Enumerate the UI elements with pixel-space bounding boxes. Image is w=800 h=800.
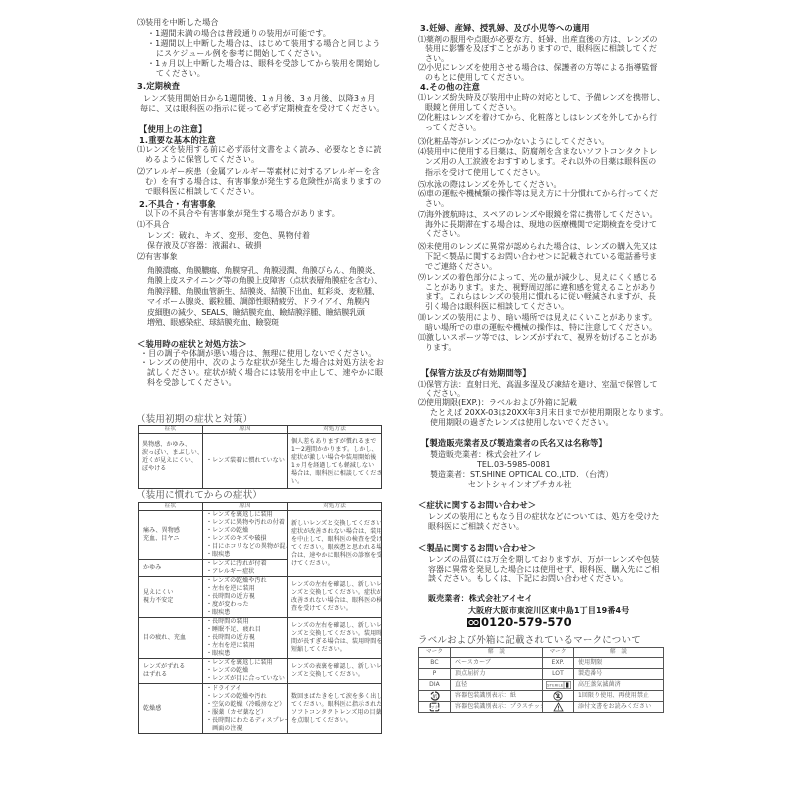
mark-cell: P <box>419 669 451 680</box>
text-line: 改善されない場合は、眼科医の検 <box>291 597 381 605</box>
checkup-body: レンズ装用開始日から1週間後、1ヵ月後、3ヵ月後、以降3ヵ月毎に、又は眼科医の指… <box>140 94 385 114</box>
description-cell: 添付文書をお読みください <box>574 702 664 713</box>
numbered-item: ⑺海外渡航時は、スペアのレンズや眼鏡を常に携帯してください。海外に長期滞在する場… <box>418 210 658 239</box>
column-header-symptom: 症状 <box>139 426 203 434</box>
numbered-item: ⑴薬剤の服用や点眼が必要な方、妊婦、出産直後の方は、レンズの装用に影響を及ぼすこ… <box>418 35 658 63</box>
cause-cell: ・レンズを裏返しに装用・レンズの乾燥・レンズが目に合っていない <box>203 659 288 684</box>
numbered-item: ⑵使用期限(EXP.)：ラベルおよび外箱に記載 <box>418 398 577 408</box>
text-line: ⑴レンズ紛失時及び装用中止時の対応として、予備レンズを携帯し、 <box>418 93 665 103</box>
column-header-mark: マーク <box>419 648 451 658</box>
mark-cell: EXP. <box>543 658 574 669</box>
text-line: を中止して、眼科医の検査を受け <box>291 536 381 544</box>
cause-cell: ・ドライアイ・レンズの乾燥や汚れ・空気の乾燥（冷暖房など）・服薬（カゼ薬など）・… <box>203 684 288 734</box>
text-line: ・長時間の装用 <box>206 618 287 626</box>
distributor-name: 販売業者：株式会社アイセイ <box>428 594 533 604</box>
text-line: 科を受診してください。 <box>140 378 384 388</box>
marketer-name: 製造販売業者：株式会社アイレ <box>430 450 541 460</box>
later-symptoms-table: 症状 原因 対処方法 痛み、異物感充血、目ヤニ ・レンズを裏返しに装用・レンズに… <box>138 502 382 734</box>
text-line: ・眼疾患 <box>206 609 287 617</box>
text-line: ・長時間の近方視 <box>206 593 287 601</box>
text-line: ・度が変わった <box>206 601 287 609</box>
text-line: 引く場合は眼科医に相談してください。 <box>418 302 657 312</box>
numbered-item: ⑷装用中に使用する目薬は、防腐剤を含まないソフトコンタクトレンズ用の人工涙液をお… <box>418 147 657 178</box>
numbered-item: ⑴レンズ紛失時及び装用中止時の対応として、予備レンズを携帯し、眼鏡と併用してくだ… <box>418 93 665 112</box>
symptom-inquiry-body: レンズの装用にともなう目の症状などについては、処方を受けた眼科医にご相談ください… <box>428 512 659 532</box>
text-line: ・レンズ装着に慣れていない <box>206 457 287 465</box>
column-header-cause: 原因 <box>203 426 288 434</box>
text-line: ・レンズのキズや破損 <box>206 535 287 543</box>
text-line: てください。 <box>147 69 380 79</box>
cause-cell: ・レンズに汚れが付着・アレルギー症状 <box>203 560 288 577</box>
storage-heading: 【保管方法及び有効期間等】 <box>421 368 531 378</box>
text-line: 眼鏡と併用してください。 <box>418 103 665 113</box>
description-cell: 頂点屈折力 <box>451 669 543 680</box>
text-line: ります。 <box>418 343 657 353</box>
text-line: 増殖、眼感染症、球結膜充血、瞼裂斑 <box>147 318 382 328</box>
initial-symptoms-table: 症状 原因 対処方法 異物感、かゆみ、涙っぽい、まぶしい、近くが見えにくい、ぼや… <box>138 425 382 489</box>
text-line: で眼科医に相談してください。 <box>137 187 381 197</box>
text-line: ・レンズに異物や汚れの付着 <box>206 519 287 527</box>
text-line: ⑴薬剤の服用や点眼が必要な方、妊婦、出産直後の方は、レンズの <box>418 35 658 44</box>
text-line: レンズがずれる <box>143 663 202 671</box>
text-line: レンズの表裏を確認し、新しいレ <box>291 663 381 671</box>
text-line: ・1週間以上中断した場合は、はじめて装用する場合と同じよう <box>147 39 380 49</box>
product-inquiry-heading: ＜製品に関するお問い合わせ＞ <box>418 543 536 553</box>
text-line: ⑷装用中に使用する目薬は、防腐剤を含まないソフトコンタクトレ <box>418 147 657 157</box>
symptom-cell: 見えにくい視力不安定 <box>139 577 203 618</box>
numbered-item: ⑼レンズの着色部分によって、光の量が減少し、見えにくく感じることがあります。また… <box>418 273 657 312</box>
text-line: ぼやける <box>142 465 202 473</box>
section-heading-adverse-events: 2.不具合・有害事象 <box>139 199 216 209</box>
text-line: でご連絡ください。 <box>418 262 657 272</box>
cause-cell: ・レンズ装着に慣れていない <box>203 434 288 489</box>
text-line: 近くが見えにくい、 <box>142 457 202 465</box>
warning-icon <box>553 702 564 712</box>
symptoms-heading: ＜装用時の症状と対処方法＞ <box>137 339 247 349</box>
table-row: P 頂点屈折力 LOT 製造番号 <box>419 669 664 680</box>
text-line: 保存液及び容器：液漏れ、破損 <box>147 241 310 251</box>
text-line: ・睡眠不足、疲れ目 <box>206 626 287 634</box>
text-line: ・アレルギー症状 <box>206 568 287 576</box>
precautions-heading: 【使用上の注意】 <box>139 124 207 134</box>
text-line: ・1週間未満の場合は普段通りの装用が可能です。 <box>147 29 331 39</box>
mark-cell: DIA <box>419 680 451 691</box>
table-caption-later: （装用に慣れてからの症状） <box>136 490 262 502</box>
interruption-bullet: ・1週間未満の場合は普段通りの装用が可能です。 <box>147 29 331 39</box>
description-cell: 1回限り使用、再使用禁止 <box>574 691 664 702</box>
column-header-description: 解 説 <box>574 648 664 658</box>
numbered-item: ⑵小児にレンズを使用させる場合は、保護者の方等による指導監督のもとに使用してくだ… <box>418 63 658 82</box>
text-line: ・眼疾患 <box>206 650 287 658</box>
text-line: ・レンズを裏返しに装用 <box>206 659 287 667</box>
text-line: ンズ用の人工涙液をおすすめします。それ以外の目薬は眼科医の <box>418 157 657 167</box>
description-cell: 容器包装識別表示：プラスチック <box>451 702 543 713</box>
marks-table: マーク 解 説 マーク 解 説 BC ベースカーブ EXP. 使用期限 P 頂点… <box>418 647 664 713</box>
text-line: 角膜上皮ステイニング等の角膜上皮障害（点状表層角膜症を含む）、 <box>147 276 382 286</box>
text-line: てください。眼科医に指示された <box>291 701 381 709</box>
adverse-events-list: 角膜潰瘍、角膜膿瘍、角膜穿孔、角膜浸潤、角膜びらん、角膜炎、角膜上皮ステイニング… <box>147 266 382 328</box>
description-cell: 高圧蒸気滅菌済 <box>574 680 664 691</box>
maker-name: 製造業者：ST.SHINE OPTICAL CO.,LTD. （台湾） <box>430 470 613 480</box>
text-line: ⑽レンズの装用により、暗い場所では見えにくいことがあります。 <box>418 313 657 323</box>
text-line: 1ヵ月を経過しても軽減しない <box>291 462 381 470</box>
maker-kana: セントシャインオプチカル社 <box>468 480 571 490</box>
free-dial-icon <box>467 618 480 627</box>
table-row: 見えにくい視力不安定 ・レンズの乾燥や汚れ・左右を逆に装用・長時間の近方視・度が… <box>139 577 382 618</box>
table-header-row: 症状 原因 対処方法 <box>139 426 382 434</box>
text-line: ・レンズに汚れが付着 <box>206 560 287 568</box>
text-line: 容器に異常を発見した場合には使用せず、眼科医、購入先にご相 <box>428 565 659 575</box>
table-header-row: マーク 解 説 マーク 解 説 <box>419 648 664 658</box>
text-line: 談ください。もしくは、下記にお問い合わせください。 <box>428 574 659 584</box>
sterile-label: STERILE <box>547 683 564 688</box>
mark-cell: 紙 <box>419 691 451 702</box>
text-line: めるように保管してください。 <box>137 155 382 165</box>
description-cell: ベースカーブ <box>451 658 543 669</box>
text-line: ・左右を逆に装用 <box>206 642 287 650</box>
table-row: DIA 直径 STERILE 高圧蒸気滅菌済 <box>419 680 664 691</box>
numbered-item: ⑵アレルギー疾患（金属アレルギー等素材に対するアレルギーを含む）を有する場合は、… <box>137 167 381 197</box>
text-line: ⑼レンズの着色部分によって、光の量が減少し、見えにくく感じる <box>418 273 657 283</box>
text-line: 見えにくい <box>143 589 202 597</box>
text-line: 暗い場所での車の運転や機械の操作は、特に注意してください。 <box>418 323 657 333</box>
description-cell: 使用期限 <box>574 658 664 669</box>
text-line: ことがあります。また、視野周辺部に違和感を覚えることがあり <box>418 283 657 293</box>
table-row: プラ 容器包装識別表示：プラスチック 添付文書をお読みください <box>419 702 664 713</box>
text-line: 個人差もありますが慣れるまで <box>291 438 381 446</box>
remedy-cell: レンズの表裏を確認し、新しいレンズと交換してください。 <box>288 659 382 684</box>
mark-cell: LOT <box>543 669 574 680</box>
mark-cell <box>543 702 574 713</box>
text-line: 装用に影響を及ぼすことがありますので、眼科医に相談してくだ <box>418 44 658 53</box>
text-line: 異物感、かゆみ、 <box>142 441 202 449</box>
text-line: ・レンズが目に合っていない <box>206 675 287 683</box>
text-line: ・長時間にわたるディスプレー <box>206 717 287 725</box>
text-line: ・空気の乾燥（冷暖房など） <box>206 701 287 709</box>
text-line: はずれる <box>143 671 202 679</box>
text-line: ・目にホコリなどの異物が混入 <box>206 543 287 551</box>
text-line: 1～2週間かかります。しかし、 <box>291 446 381 454</box>
text-line: ⑵小児にレンズを使用させる場合は、保護者の方等による指導監督 <box>418 63 658 73</box>
numbered-item: ⑾激しいスポーツ等では、レンズがずれて、視界を妨げることがあります。 <box>418 333 657 353</box>
mark-cell: プラ <box>419 702 451 713</box>
symptoms-bullet: ・レンズの使用中、次のような症状が発生した場合は対処方法をお試しください。症状が… <box>140 358 384 388</box>
marks-table-caption: ラベルおよび外箱に記載されているマークについて <box>418 635 641 647</box>
phone-number: 0120-579-570 <box>481 615 572 629</box>
column-header-remedy: 対処方法 <box>288 426 382 434</box>
text-line: たとえば 20XX-03は20XX年3月末日までが使用期限となります。 <box>430 408 668 418</box>
paper-label: 紙 <box>432 693 437 700</box>
text-line: 合は、速やかに眼科医の診察を受 <box>291 552 381 560</box>
text-line: ⑻未使用のレンズに異常が認められた場合は、レンズの購入先又は <box>418 242 657 252</box>
text-line: ください。 <box>418 229 658 239</box>
text-line: ・レンズの使用中、次のような症状が発生した場合は対処方法をお <box>140 358 384 368</box>
text-line: ⑶化粧品等がレンズにつかないようにしてください。 <box>418 137 609 147</box>
symptom-cell: 異物感、かゆみ、涙っぽい、まぶしい、近くが見えにくい、ぼやける <box>139 434 203 489</box>
symptom-cell: 乾燥感 <box>139 684 203 734</box>
table-row: レンズがずれるはずれる ・レンズを裏返しに装用・レンズの乾燥・レンズが目に合って… <box>139 659 382 684</box>
text-line: ・服薬（カゼ薬など） <box>206 709 287 717</box>
numbered-item: ⑴保管方法：直射日光、高温多湿及び凍結を避け、室温で保管してください。 <box>418 380 658 398</box>
text-line: 間が長すぎる場合は、装用時間を <box>291 638 381 646</box>
text-line: 査を受けてください。 <box>291 605 381 613</box>
text-line: 乾燥感 <box>143 705 202 713</box>
cause-cell: ・レンズの乾燥や汚れ・左右を逆に装用・長時間の近方視・度が変わった・眼疾患 <box>203 577 288 618</box>
numbered-item: ⑻未使用のレンズに異常が認められた場合は、レンズの購入先又は下記＜製品に関するお… <box>418 242 657 272</box>
text-line: ・1ヵ月以上中断した場合は、眼科を受診してから装用を開始し <box>147 59 380 69</box>
text-line: ⑵化粧はレンズを着けてから、化粧落としはレンズを外してから行 <box>418 113 657 123</box>
symptom-cell: 目の疲れ、充血 <box>139 618 203 659</box>
table-row: 目の疲れ、充血 ・長時間の装用・睡眠不足、疲れ目・長時間の近方視・左右を逆に装用… <box>139 618 382 659</box>
text-line: レンズの装用にともなう目の症状などについては、処方を受けた <box>428 512 659 522</box>
numbered-item: ⑽レンズの装用により、暗い場所では見えにくいことがあります。暗い場所での車の運転… <box>418 313 657 333</box>
symptom-inquiry-heading: ＜症状に関するお問い合わせ＞ <box>418 500 536 510</box>
section-heading-other: 4.その他の注意 <box>420 82 480 92</box>
remedy-cell: 個人差もありますが慣れるまで1～2週間かかります。しかし、症状が激しい場合や装用… <box>288 434 382 489</box>
text-line: ⑺海外渡航時は、スペアのレンズや眼鏡を常に携帯してください。 <box>418 210 658 220</box>
interruption-title: ⑶装用を中断した場合 <box>137 18 219 28</box>
mark-cell: STERILE <box>543 680 574 691</box>
text-line: ・長時間の近方視 <box>206 634 287 642</box>
text-line: 新しいレンズと交換してください。 <box>291 520 381 528</box>
text-line: レンズの品質には万全を期しておりますが、万が一レンズや包装 <box>428 555 659 565</box>
description-cell: 直径 <box>451 680 543 691</box>
text-line: ・ドライアイ <box>206 685 287 693</box>
table-row: 紙 容器包装識別表示：紙 2 1回限り使用、再使用禁止 <box>419 691 664 702</box>
text-line: 数回まばたきをして涙を多く出し <box>291 693 381 701</box>
column-header-remedy: 対処方法 <box>288 503 382 511</box>
text-line: 眼科医にご相談ください。 <box>428 522 659 532</box>
do-not-reuse-icon: 2 <box>553 691 563 701</box>
numbered-item: ⑴レンズを装用する前に必ず添付文書をよく読み、必要なときに読めるように保管してく… <box>137 145 382 165</box>
symptom-cell: レンズがずれるはずれる <box>139 659 203 684</box>
text-line: ンズと交換してください。症状が <box>291 589 381 597</box>
section-heading-basic-precautions: 1.重要な基本的注意 <box>139 135 216 145</box>
section-heading-pregnancy: 3.妊婦、産婦、授乳婦、及び小児等への適用 <box>420 23 590 33</box>
text-line: かゆみ <box>143 564 202 572</box>
text-line: にスケジュール例を参考に開始してください。 <box>147 49 380 59</box>
text-line: 指示を受けて使用してください。 <box>418 168 657 178</box>
text-line: 試しください。症状が続く場合には装用を中止して、速やかに眼 <box>140 368 384 378</box>
text-line: い。 <box>291 478 381 486</box>
text-line: 下記＜製品に関するお問い合わせ＞に記載されている電話番号ま <box>418 252 657 262</box>
expiry-detail: たとえば 20XX-03は20XX年3月末日までが使用期限となります。使用期限の… <box>430 408 668 428</box>
text-line: ⑹車の運転や機械類の操作等は見え方に十分慣れてから行ってくだ <box>418 189 658 199</box>
text-line: 視力不安定 <box>143 597 202 605</box>
description-cell: 製造番号 <box>574 669 664 680</box>
text-line: ます。これらはレンズの装用に慣れるに従い軽減されますが、長 <box>418 292 657 302</box>
text-line: ⑴レンズを装用する前に必ず添付文書をよく読み、必要なときに読 <box>137 145 382 155</box>
text-line: ンズと交換してください。装用時 <box>291 630 381 638</box>
table-row: 痛み、異物感充血、目ヤニ ・レンズを裏返しに装用・レンズに異物や汚れの付着・レン… <box>139 511 382 560</box>
table-row: 異物感、かゆみ、涙っぽい、まぶしい、近くが見えにくい、ぼやける ・レンズ装着に慣… <box>139 434 382 489</box>
text-line: ・レンズの乾燥や汚れ <box>206 577 287 585</box>
text-line: 短縮してください。 <box>291 646 381 654</box>
product-inquiry-body: レンズの品質には万全を期しておりますが、万が一レンズや包装容器に異常を発見した場… <box>428 555 659 584</box>
mark-cell: BC <box>419 658 451 669</box>
text-line: ってください。 <box>418 123 657 133</box>
numbered-item: ⑵化粧はレンズを着けてから、化粧落としはレンズを外してから行ってください。 <box>418 113 657 133</box>
manufacturer-heading: 【製造販売業者及び製造業者の氏名又は名称等】 <box>421 438 607 448</box>
text-line: 痛み、異物感 <box>143 527 202 535</box>
text-line: てください。眼疾患と思われる場 <box>291 544 381 552</box>
text-line: 場合は、眼科医に相談してくださ <box>291 470 381 478</box>
distributor-phone: 0120-579-570 <box>467 615 572 629</box>
text-line: レンズ：破れ、キズ、変形、変色、異物付着 <box>147 231 310 241</box>
text-line: 毎に、又は眼科医の指示に従って必ず定期検査を受けてください。 <box>140 104 385 114</box>
cause-cell: ・レンズを裏返しに装用・レンズに異物や汚れの付着・レンズの乾燥・レンズのキズや破… <box>203 511 288 560</box>
text-line: ・レンズを裏返しに装用 <box>206 511 287 519</box>
text-line: 充血、目ヤニ <box>143 535 202 543</box>
remedy-cell: レンズの左右を確認し、新しいレンズと交換してください。装用時間が長すぎる場合は、… <box>288 618 382 659</box>
text-line: さい。 <box>418 199 658 209</box>
text-line: ンズと交換してください。 <box>291 671 381 679</box>
table-row: BC ベースカーブ EXP. 使用期限 <box>419 658 664 669</box>
text-line: む）を有する場合は、有害事象が発生する危険性が高まりますの <box>137 177 381 187</box>
text-line: 海外に長期滞在する場合は、現地の医療機関で定期検査を受けて <box>418 220 658 230</box>
text-line: 症状が改善されない場合は、装用 <box>291 528 381 536</box>
text-line: 涙っぽい、まぶしい、 <box>142 449 202 457</box>
text-line: のもとに使用してください。 <box>418 73 658 83</box>
text-line: 症状が激しい場合や装用開始後 <box>291 454 381 462</box>
interruption-bullet: ・1週間以上中断した場合は、はじめて装用する場合と同じようにスケジュール例を参考… <box>147 39 380 59</box>
text-line: ⑴保管方法：直射日光、高温多湿及び凍結を避け、室温で保管して <box>418 380 658 389</box>
sterile-icon: STERILE <box>546 681 571 689</box>
text-line: ⑵アレルギー疾患（金属アレルギー等素材に対するアレルギーを含 <box>137 167 381 177</box>
plastic-label: プラ <box>431 705 438 710</box>
text-line: マイボーム腺炎、霰粒腫、調節性眼精疲労、ドライアイ、角膜内 <box>147 297 382 307</box>
plastic-recycle-icon: プラ <box>429 702 440 712</box>
symptom-cell: 痛み、異物感充血、目ヤニ <box>139 511 203 560</box>
description-cell: 容器包装識別表示：紙 <box>451 691 543 702</box>
text-line: レンズの左右を確認し、新しいレ <box>291 581 381 589</box>
numbered-item: ⑶化粧品等がレンズにつかないようにしてください。 <box>418 137 609 147</box>
adverse-intro: 以下の不具合や有害事象が発生する場合があります。 <box>145 209 340 219</box>
table-row: 乾燥感 ・ドライアイ・レンズの乾燥や汚れ・空気の乾燥（冷暖房など）・服薬（カゼ薬… <box>139 684 382 734</box>
text-line: を点眼してください。 <box>291 717 381 725</box>
text-line: レンズの左右を確認し、新しいレ <box>291 622 381 630</box>
column-header-cause: 原因 <box>203 503 288 511</box>
text-line: 角膜潰瘍、角膜膿瘍、角膜穿孔、角膜浸潤、角膜びらん、角膜炎、 <box>147 266 382 276</box>
text-line: ・レンズの乾燥や汚れ <box>206 693 287 701</box>
table-header-row: 症状 原因 対処方法 <box>139 503 382 511</box>
text-line: 使用期限の過ぎたレンズは使用しないでください。 <box>430 418 668 428</box>
paper-recycle-icon: 紙 <box>430 691 440 701</box>
symptom-cell: かゆみ <box>139 560 203 577</box>
text-line: 皮細胞の減少、SEALS、瞼結膜充血、瞼結膜浮腫、瞼結膜乳頭 <box>147 308 382 318</box>
cause-cell: ・長時間の装用・睡眠不足、疲れ目・長時間の近方視・左右を逆に装用・眼疾患 <box>203 618 288 659</box>
text-line: ・眼疾患 <box>206 551 287 559</box>
adverse-events-label: ⑵有害事象 <box>137 252 178 262</box>
column-header-symptom: 症状 <box>139 503 203 511</box>
text-line: ・レンズの乾燥 <box>206 527 287 535</box>
remedy-cell: レンズの左右を確認し、新しいレンズと交換してください。症状が改善されない場合は、… <box>288 577 382 618</box>
text-line: ・左右を逆に装用 <box>206 585 287 593</box>
text-line: レンズ装用開始日から1週間後、1ヵ月後、3ヵ月後、以降3ヵ月 <box>140 94 385 104</box>
defects-label: ⑴不具合 <box>137 220 170 230</box>
text-line: ⑾激しいスポーツ等では、レンズがずれて、視界を妨げることがあ <box>418 333 657 343</box>
defects-list: レンズ：破れ、キズ、変形、変色、異物付着保存液及び容器：液漏れ、破損 <box>147 231 310 251</box>
marketer-tel: TEL.03-5985-0081 <box>477 460 551 470</box>
text-line: ソフトコンタクトレンズ用の目薬 <box>291 709 381 717</box>
text-line: ・レンズの乾燥 <box>206 667 287 675</box>
text-line: 角膜浮腫、角膜血管新生、結膜炎、結膜下出血、虹彩炎、麦粒腫、 <box>147 287 382 297</box>
mark-cell: 2 <box>543 691 574 702</box>
section-heading-checkup: 3.定期検査 <box>137 81 180 91</box>
text-line: けてください。 <box>291 560 381 568</box>
text-line: 目の疲れ、充血 <box>143 634 202 642</box>
remedy-cell: 数回まばたきをして涙を多く出してください。眼科医に指示されたソフトコンタクトレン… <box>288 684 382 734</box>
document-page: ⑶装用を中断した場合 ・1週間未満の場合は普段通りの装用が可能です。 ・1週間以… <box>0 0 800 800</box>
column-header-description: 解 説 <box>451 648 543 658</box>
interruption-bullet: ・1ヵ月以上中断した場合は、眼科を受診してから装用を開始してください。 <box>147 59 380 79</box>
text-line: 画面の注視 <box>206 725 287 733</box>
text-line: さい。 <box>418 54 658 63</box>
remedy-cell: 新しいレンズと交換してください。症状が改善されない場合は、装用を中止して、眼科医… <box>288 511 382 577</box>
text-line: ください。 <box>418 389 658 398</box>
column-header-mark: マーク <box>543 648 574 658</box>
numbered-item: ⑹車の運転や機械類の操作等は見え方に十分慣れてから行ってください。 <box>418 189 658 209</box>
